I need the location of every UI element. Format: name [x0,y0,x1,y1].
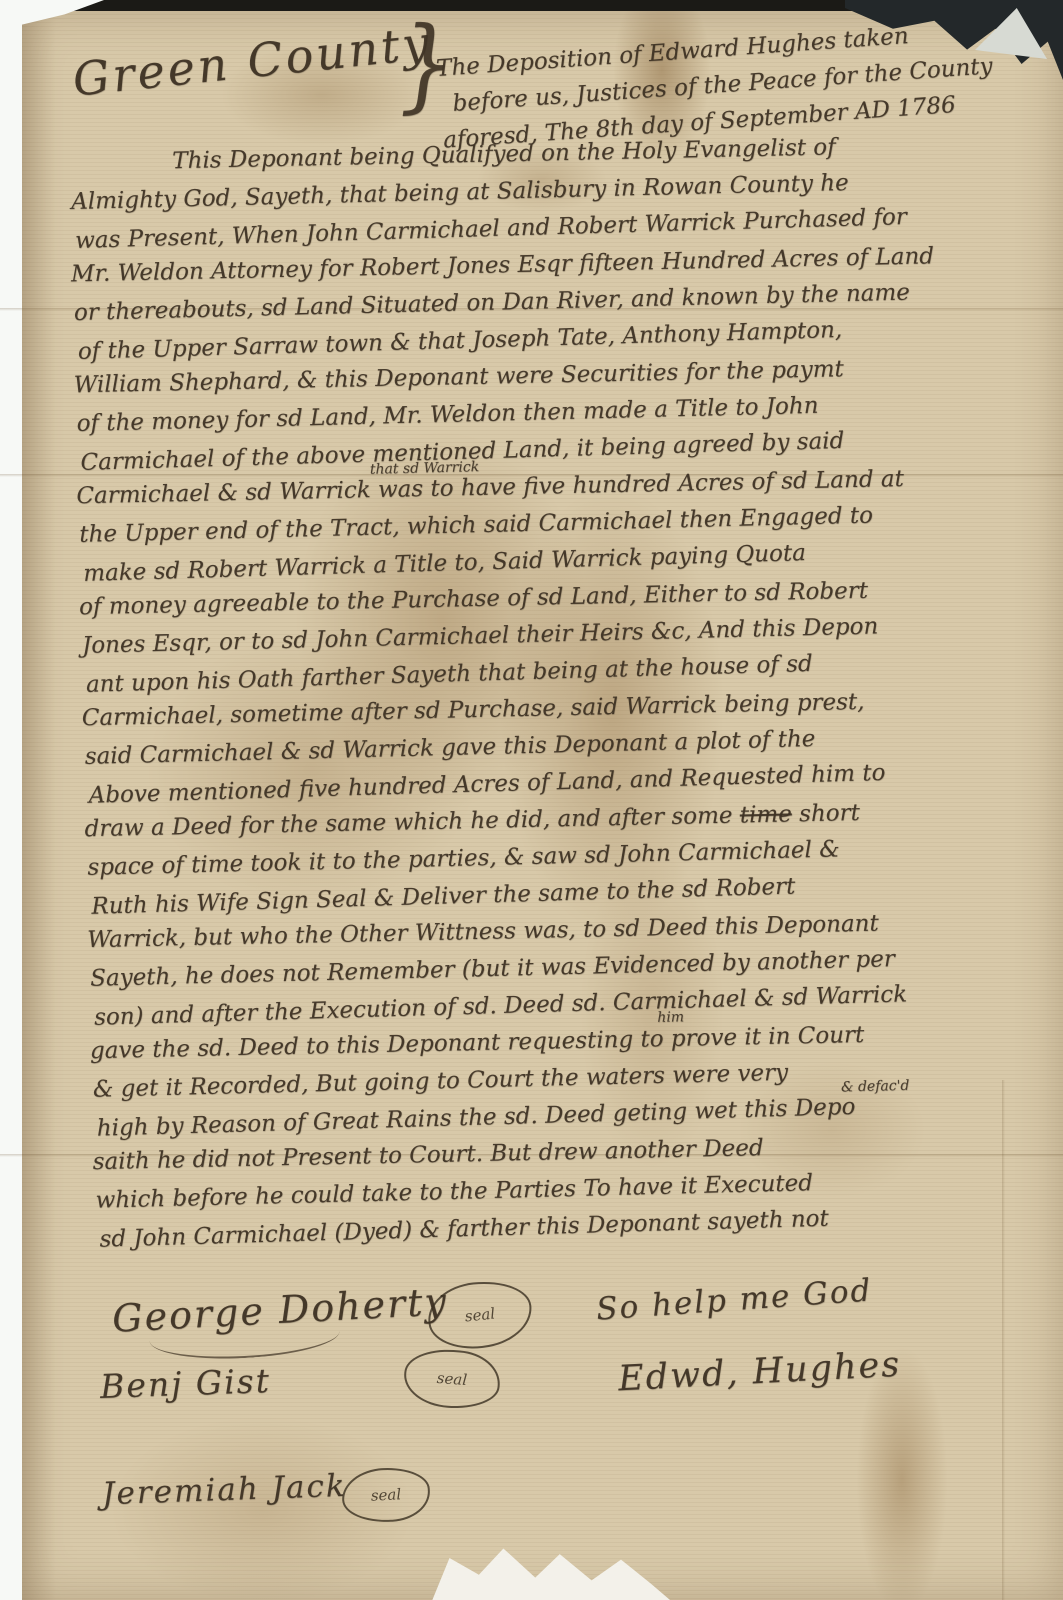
interlineation: that sd Warrick [370,459,480,478]
seal-label: seal [370,1485,401,1505]
seal-label: seal [436,1369,468,1389]
interlineation: & defac'd [841,1078,910,1096]
interlineation: him [657,1009,684,1026]
signature-benj-gist: Benj Gist [99,1361,271,1406]
struck-word: time [740,801,793,828]
line-text: short [792,800,861,827]
seal-label: seal [464,1304,496,1325]
deposition-body: This Deponant being Qualifyed on the Hol… [70,129,1037,1262]
scanned-document: Green County } The Deposition of Edward … [0,0,1063,1600]
